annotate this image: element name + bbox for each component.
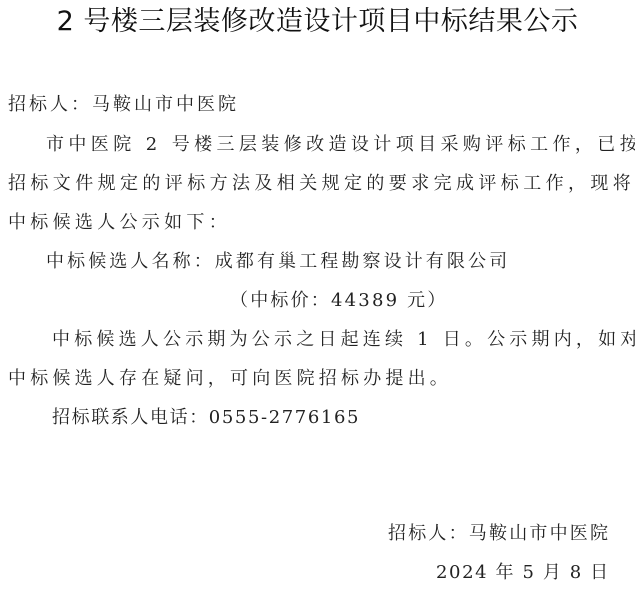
paragraph2-line1: 中标候选人公示期为公示之日起连续 1 日。公示期内，如对 <box>52 328 635 352</box>
paragraph1-line3: 中标候选人公示如下： <box>8 211 231 235</box>
paragraph1-line1: 市中医院 2 号楼三层装修改造设计项目采购评标工作，已按 <box>46 133 635 157</box>
signature-date: 2024 年 5 月 8 日 <box>436 561 610 585</box>
paragraph1-line2: 招标文件规定的评标方法及相关规定的要求完成评标工作，现将 <box>8 172 635 196</box>
bid-price-line: （中标价：44389 元） <box>230 289 448 313</box>
signature-tenderer: 招标人：马鞍山市中医院 <box>388 522 610 546</box>
tenderer-line: 招标人：马鞍山市中医院 <box>8 93 239 117</box>
candidate-name-line: 中标候选人名称：成都有巢工程勘察设计有限公司 <box>46 250 510 274</box>
document-title: 2 号楼三层装修改造设计项目中标结果公示 <box>0 2 635 42</box>
contact-phone-line: 招标联系人电话：0555-2776165 <box>52 406 360 430</box>
paragraph2-line2: 中标候选人存在疑问，可向医院招标办提出。 <box>8 367 452 391</box>
